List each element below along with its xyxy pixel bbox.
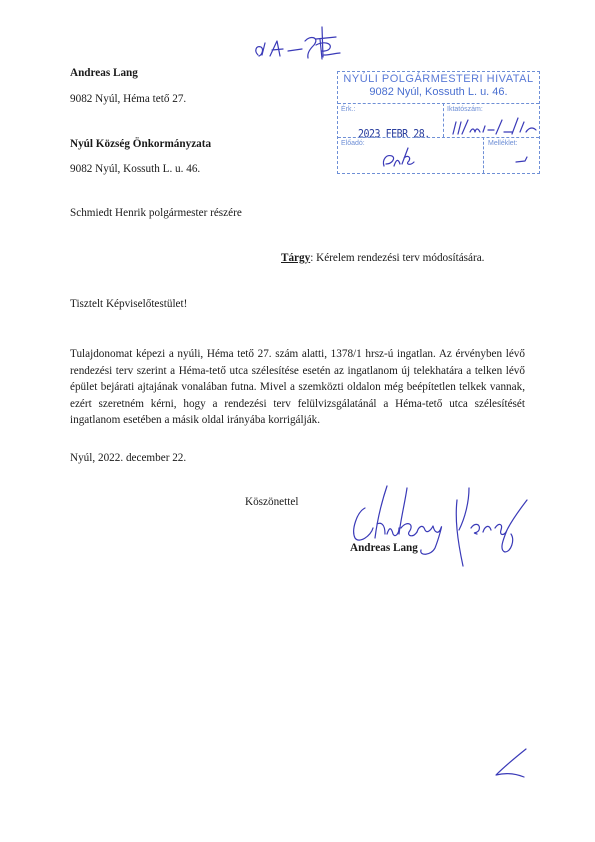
- stamp-received-date: 2023 FEBR 28.: [358, 128, 430, 141]
- stamp-filing-number-label: Iktatószám:: [447, 106, 483, 113]
- stamp-divider: [338, 103, 539, 104]
- stamp-office-address: 9082 Nyúl, Kossuth L. u. 46.: [338, 86, 539, 98]
- handwritten-mark: [490, 745, 535, 780]
- closing: Köszönettel: [245, 496, 298, 508]
- subject-label: Tárgy: [281, 252, 310, 264]
- letter-body: Tulajdonomat képezi a nyúli, Héma tető 2…: [70, 346, 525, 429]
- stamp-divider: [483, 137, 484, 173]
- recipient-name: Nyúl Község Önkormányzata: [70, 138, 211, 150]
- stamp-divider: [338, 137, 539, 138]
- signature: [335, 478, 535, 568]
- signature-name: Andreas Lang: [350, 542, 418, 554]
- stamp-filing-number-handwriting: [450, 114, 538, 138]
- sender-address: 9082 Nyúl, Héma tető 27.: [70, 93, 186, 105]
- stamp-office-name: NYÚLI POLGÁRMESTERI HIVATAL: [338, 73, 539, 85]
- stamp-officer-label: Előadó:: [341, 140, 365, 147]
- stamp-officer-initials: [380, 144, 420, 170]
- stamp-received-label: Érk.:: [341, 106, 355, 113]
- sender-name: Andreas Lang: [70, 67, 138, 79]
- handwritten-note: [250, 15, 370, 60]
- stamp-divider: [443, 103, 444, 137]
- place-date: Nyúl, 2022. december 22.: [70, 452, 186, 464]
- registry-stamp: NYÚLI POLGÁRMESTERI HIVATAL 9082 Nyúl, K…: [337, 71, 540, 174]
- salutation: Tisztelt Képviselőtestület!: [70, 298, 187, 310]
- stamp-attachment-dash: [513, 154, 533, 166]
- subject-line: Tárgy: Kérelem rendezési terv módosításá…: [281, 252, 484, 264]
- stamp-attachment-label: Melléklet:: [488, 140, 518, 147]
- recipient-address: 9082 Nyúl, Kossuth L. u. 46.: [70, 163, 200, 175]
- recipient-attention: Schmiedt Henrik polgármester részére: [70, 207, 242, 219]
- subject-text: : Kérelem rendezési terv módosítására.: [310, 252, 484, 264]
